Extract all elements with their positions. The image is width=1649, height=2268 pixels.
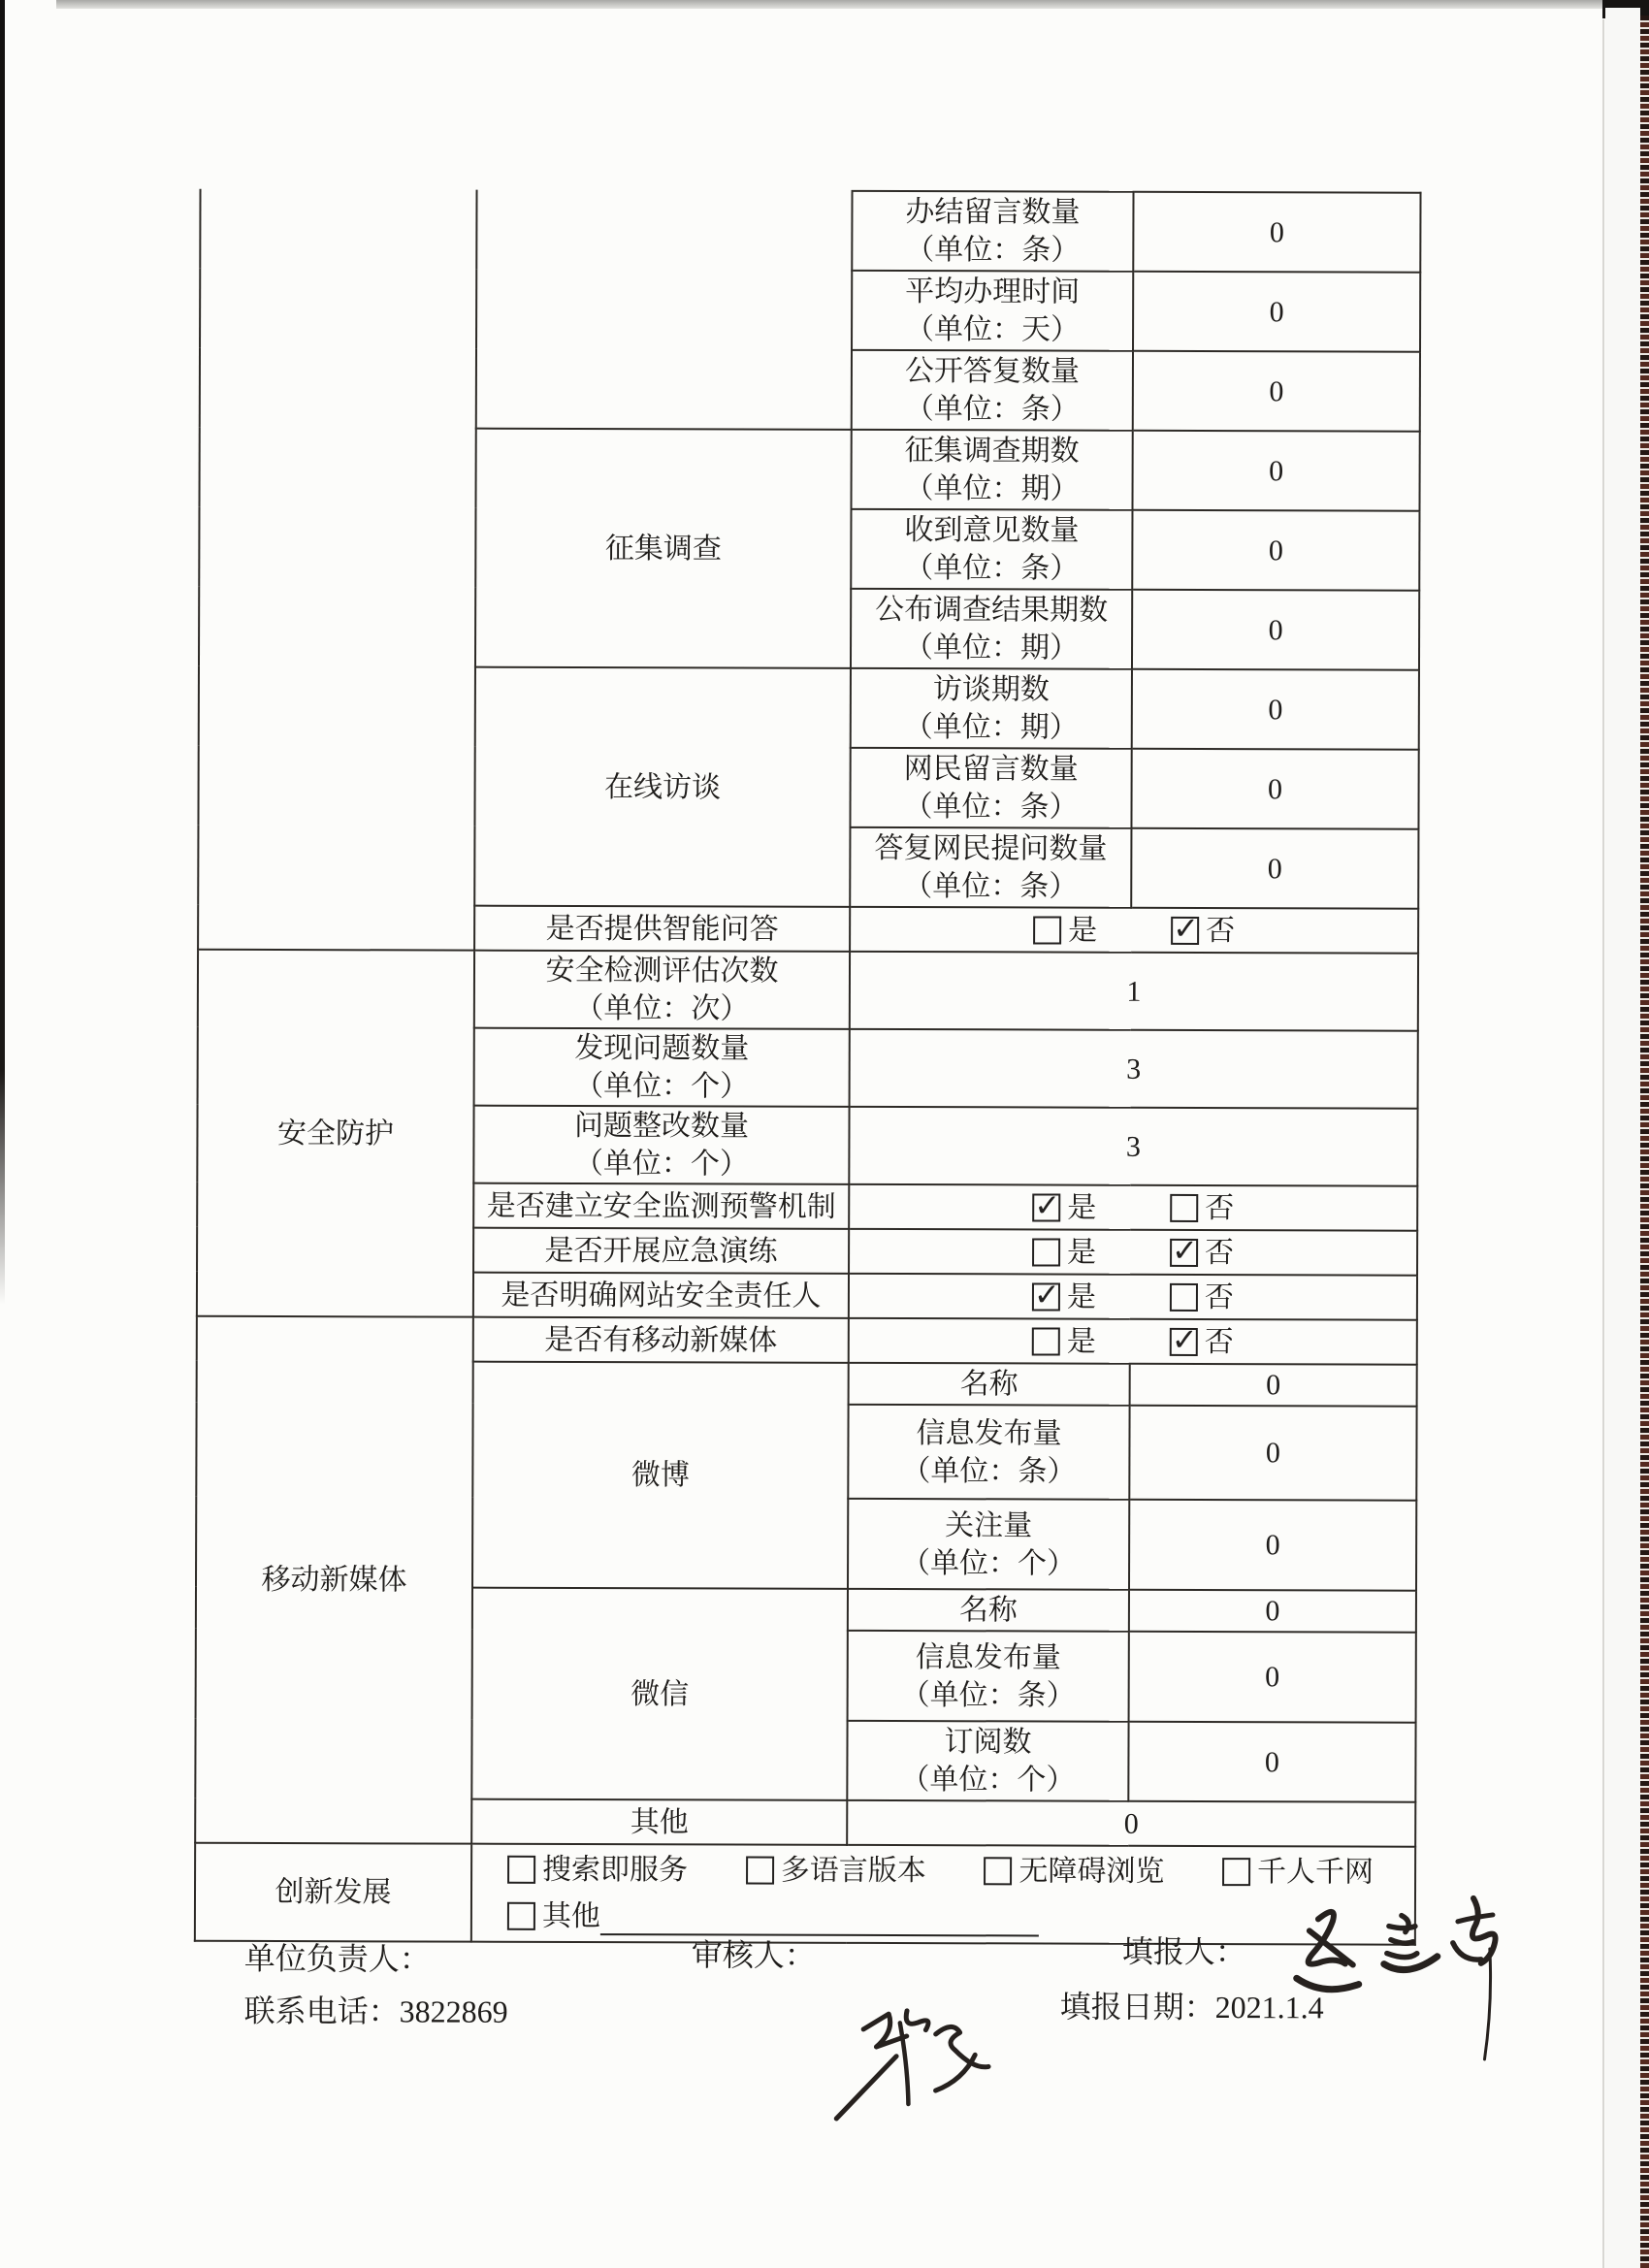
no-label: 否 bbox=[1205, 1323, 1234, 1361]
preparer-signature bbox=[1288, 1886, 1527, 2081]
yes-no-cell: 是 否 bbox=[849, 1184, 1417, 1231]
question-label-cell: 是否明确网站安全责任人 bbox=[473, 1273, 849, 1318]
metric-label-cell: 网民留言数量 （单位：条） bbox=[850, 748, 1131, 828]
checkbox-checked-icon bbox=[1032, 1193, 1060, 1221]
yes-no-cell: 是 否 bbox=[849, 1274, 1417, 1320]
subcategory-survey: 征集调查 bbox=[475, 429, 852, 668]
metric-label: 安全检测评估次数 bbox=[475, 952, 849, 990]
other-label-cell: 其他 bbox=[471, 1799, 847, 1845]
option-label: 搜索即服务 bbox=[542, 1851, 688, 1889]
metric-label: 问题整改数量 bbox=[474, 1107, 848, 1146]
option-search-service: 搜索即服务 bbox=[507, 1851, 688, 1890]
metric-label: 访谈期数 bbox=[852, 670, 1131, 709]
metric-label: 公布调查结果期数 bbox=[852, 591, 1131, 630]
option-no: 否 bbox=[1170, 1278, 1234, 1315]
option-other: 其他 bbox=[507, 1897, 600, 1935]
metric-unit: （单位：期） bbox=[852, 629, 1131, 667]
contact-phone: 联系电话：3822869 bbox=[244, 1987, 508, 2032]
option-multilingual: 多语言版本 bbox=[746, 1852, 926, 1891]
metric-value-cell: 0 bbox=[1133, 272, 1420, 352]
metric-value-cell: 0 bbox=[1131, 749, 1418, 829]
yes-label: 是 bbox=[1067, 1322, 1096, 1360]
yes-label: 是 bbox=[1067, 1233, 1096, 1271]
category-innovation: 创新发展 bbox=[195, 1843, 471, 1942]
metric-value-cell: 1 bbox=[850, 952, 1418, 1031]
metric-value-cell: 0 bbox=[1130, 1364, 1417, 1407]
option-yes: 是 bbox=[1032, 1188, 1096, 1226]
metric-label-cell: 征集调查期数 （单位：期） bbox=[851, 430, 1132, 510]
checkbox-unchecked-icon bbox=[507, 1856, 535, 1884]
metric-value-cell: 0 bbox=[1132, 590, 1419, 670]
question-label-cell: 是否提供智能问答 bbox=[474, 906, 850, 952]
table-row: 安全防护 安全检测评估次数 （单位：次） 1 bbox=[198, 950, 1418, 1031]
checkbox-checked-icon bbox=[1170, 1238, 1198, 1266]
option-yes: 是 bbox=[1032, 1278, 1096, 1315]
metric-unit: （单位：次） bbox=[475, 989, 849, 1028]
metric-unit: （单位：条） bbox=[849, 1675, 1128, 1714]
other-blank-underline bbox=[600, 1906, 1039, 1936]
checkbox-unchecked-icon bbox=[984, 1857, 1012, 1885]
metric-value-cell: 0 bbox=[1133, 192, 1420, 273]
table-row: 办结留言数量 （单位：条） 0 bbox=[200, 189, 1420, 273]
metric-value-cell: 0 bbox=[1128, 1722, 1415, 1802]
metric-value-cell: 3 bbox=[850, 1029, 1418, 1109]
metric-label: 网民留言数量 bbox=[852, 750, 1131, 789]
phone-value: 3822869 bbox=[400, 1993, 508, 2028]
metric-label-cell: 平均办理时间 （单位：天） bbox=[852, 271, 1133, 351]
option-accessibility: 无障碍浏览 bbox=[984, 1852, 1164, 1891]
option-yes: 是 bbox=[1032, 1233, 1096, 1271]
no-label: 否 bbox=[1205, 1234, 1234, 1272]
subcategory-weibo: 微博 bbox=[472, 1362, 849, 1589]
metric-label-cell: 问题整改数量 （单位：个） bbox=[473, 1106, 849, 1184]
yes-no-cell: 是 否 bbox=[849, 1229, 1417, 1276]
checkbox-unchecked-icon bbox=[507, 1902, 535, 1930]
metric-label-cell: 安全检测评估次数 （单位：次） bbox=[474, 951, 850, 1029]
metric-unit: （单位：个） bbox=[848, 1761, 1127, 1799]
reviewer-label: 审核人： bbox=[692, 1930, 816, 1975]
yes-no-cell: 是 否 bbox=[850, 907, 1418, 954]
checkbox-unchecked-icon bbox=[1032, 1327, 1060, 1355]
metric-label: 征集调查期数 bbox=[853, 432, 1132, 470]
report-date: 填报日期：2021.1.4 bbox=[1060, 1983, 1324, 2028]
metric-label-cell: 订阅数 （单位：个） bbox=[847, 1721, 1128, 1801]
metric-label-cell: 收到意见数量 （单位：条） bbox=[851, 509, 1132, 590]
no-label: 否 bbox=[1206, 912, 1235, 950]
no-label: 否 bbox=[1205, 1189, 1234, 1227]
metric-label: 信息发布量 bbox=[849, 1637, 1128, 1676]
metric-label-cell: 答复网民提问数量 （单位：条） bbox=[850, 827, 1131, 908]
checkbox-unchecked-icon bbox=[1170, 1193, 1198, 1221]
checkbox-unchecked-icon bbox=[1170, 1282, 1198, 1311]
reviewer-signature bbox=[809, 1992, 1003, 2158]
metric-value-cell: 0 bbox=[1132, 431, 1419, 511]
category-mobile-media: 移动新媒体 bbox=[195, 1316, 473, 1844]
metric-label-cell: 名称 bbox=[849, 1363, 1130, 1406]
question-label-cell: 是否开展应急演练 bbox=[473, 1228, 849, 1274]
option-label: 其他 bbox=[542, 1897, 600, 1935]
metric-label-cell: 关注量 （单位：个） bbox=[848, 1499, 1129, 1590]
table-row: 移动新媒体 是否有移动新媒体 是 否 bbox=[197, 1316, 1417, 1365]
metric-value-cell: 0 bbox=[1129, 1406, 1416, 1501]
option-label: 无障碍浏览 bbox=[1018, 1852, 1164, 1890]
subcategory-cell-continued bbox=[476, 190, 853, 430]
option-yes: 是 bbox=[1033, 911, 1097, 949]
metric-unit: （单位：期） bbox=[852, 708, 1131, 747]
option-no: 否 bbox=[1170, 1188, 1234, 1226]
option-no: 否 bbox=[1171, 911, 1235, 949]
metric-value-cell: 0 bbox=[1129, 1500, 1416, 1591]
metric-label: 关注量 bbox=[849, 1506, 1128, 1544]
unit-head-label: 单位负责人： bbox=[244, 1934, 431, 1980]
other-value-cell: 0 bbox=[847, 1800, 1415, 1847]
yes-label: 是 bbox=[1067, 1188, 1096, 1226]
option-no: 否 bbox=[1170, 1322, 1234, 1360]
metric-label-cell: 信息发布量 （单位：条） bbox=[848, 1405, 1129, 1500]
metric-value-cell: 0 bbox=[1129, 1632, 1416, 1723]
yes-label: 是 bbox=[1067, 1278, 1096, 1315]
metric-label-cell: 发现问题数量 （单位：个） bbox=[474, 1028, 850, 1107]
metric-unit: （单位：条） bbox=[852, 549, 1131, 588]
checkbox-unchecked-icon bbox=[746, 1857, 774, 1885]
metric-unit: （单位：个） bbox=[849, 1543, 1128, 1582]
innovation-option-line: 搜索即服务 多语言版本 无障碍浏览 千人千网 bbox=[472, 1851, 1414, 1892]
paper-sheet: 办结留言数量 （单位：条） 0 平均办理时间 （单位：天） 0 公开答复数量 （… bbox=[0, 0, 1649, 2268]
category-cell-continued bbox=[198, 189, 476, 951]
checkbox-unchecked-icon bbox=[1222, 1858, 1250, 1886]
metric-label: 信息发布量 bbox=[849, 1413, 1128, 1452]
metric-label-cell: 公布调查结果期数 （单位：期） bbox=[851, 589, 1132, 669]
metric-unit: （单位：个） bbox=[474, 1145, 848, 1183]
option-label: 多语言版本 bbox=[781, 1852, 926, 1890]
metric-unit: （单位：条） bbox=[849, 1451, 1128, 1490]
yes-label: 是 bbox=[1068, 911, 1097, 949]
metric-value-cell: 0 bbox=[1132, 510, 1419, 591]
option-yes: 是 bbox=[1032, 1322, 1096, 1360]
metric-label-cell: 信息发布量 （单位：条） bbox=[848, 1631, 1129, 1722]
checkbox-checked-icon bbox=[1032, 1282, 1060, 1311]
metric-unit: （单位：期） bbox=[853, 470, 1132, 508]
metric-unit: （单位：个） bbox=[475, 1067, 849, 1106]
yes-no-cell: 是 否 bbox=[849, 1318, 1417, 1365]
checkbox-unchecked-icon bbox=[1032, 1238, 1060, 1266]
checkbox-checked-icon bbox=[1170, 1327, 1198, 1355]
metric-value-cell: 0 bbox=[1129, 1590, 1416, 1633]
metric-unit: （单位：条） bbox=[851, 867, 1130, 906]
no-label: 否 bbox=[1205, 1279, 1234, 1316]
metric-label: 收到意见数量 bbox=[852, 511, 1131, 550]
metric-label-cell: 访谈期数 （单位：期） bbox=[851, 668, 1132, 749]
metric-unit: （单位：条） bbox=[853, 390, 1132, 429]
checkbox-unchecked-icon bbox=[1033, 916, 1061, 944]
checkbox-checked-icon bbox=[1171, 916, 1199, 944]
innovation-options-cell: 搜索即服务 多语言版本 无障碍浏览 千人千网 其他 bbox=[471, 1844, 1415, 1945]
question-label-cell: 是否有移动新媒体 bbox=[473, 1317, 849, 1363]
metric-value-cell: 0 bbox=[1131, 828, 1418, 909]
metric-label: 订阅数 bbox=[848, 1723, 1127, 1762]
subcategory-interview: 在线访谈 bbox=[474, 667, 851, 907]
metric-unit: （单位：天） bbox=[853, 310, 1132, 349]
question-label-cell: 是否建立安全监测预警机制 bbox=[473, 1183, 849, 1229]
category-security: 安全防护 bbox=[197, 950, 474, 1317]
annual-report-table: 办结留言数量 （单位：条） 0 平均办理时间 （单位：天） 0 公开答复数量 （… bbox=[194, 188, 1422, 1946]
metric-label-cell: 办结留言数量 （单位：条） bbox=[852, 191, 1133, 272]
metric-label: 办结留言数量 bbox=[853, 193, 1132, 232]
metric-value-cell: 0 bbox=[1133, 351, 1420, 432]
filler-label: 填报人： bbox=[1122, 1928, 1246, 1972]
metric-label-cell: 名称 bbox=[848, 1589, 1129, 1632]
innovation-other-line: 其他 bbox=[472, 1897, 1414, 1938]
option-no: 否 bbox=[1170, 1233, 1234, 1271]
metric-label: 答复网民提问数量 bbox=[851, 829, 1130, 868]
metric-label: 平均办理时间 bbox=[853, 273, 1132, 311]
metric-label: 公开答复数量 bbox=[853, 352, 1132, 391]
metric-label: 发现问题数量 bbox=[475, 1029, 849, 1068]
metric-unit: （单位：条） bbox=[853, 231, 1132, 270]
metric-unit: （单位：条） bbox=[851, 788, 1130, 826]
scanned-report-page: 办结留言数量 （单位：条） 0 平均办理时间 （单位：天） 0 公开答复数量 （… bbox=[0, 0, 1649, 2268]
subcategory-wechat: 微信 bbox=[471, 1588, 848, 1800]
metric-value-cell: 3 bbox=[849, 1107, 1417, 1186]
metric-label-cell: 公开答复数量 （单位：条） bbox=[852, 350, 1133, 431]
metric-value-cell: 0 bbox=[1132, 669, 1419, 750]
